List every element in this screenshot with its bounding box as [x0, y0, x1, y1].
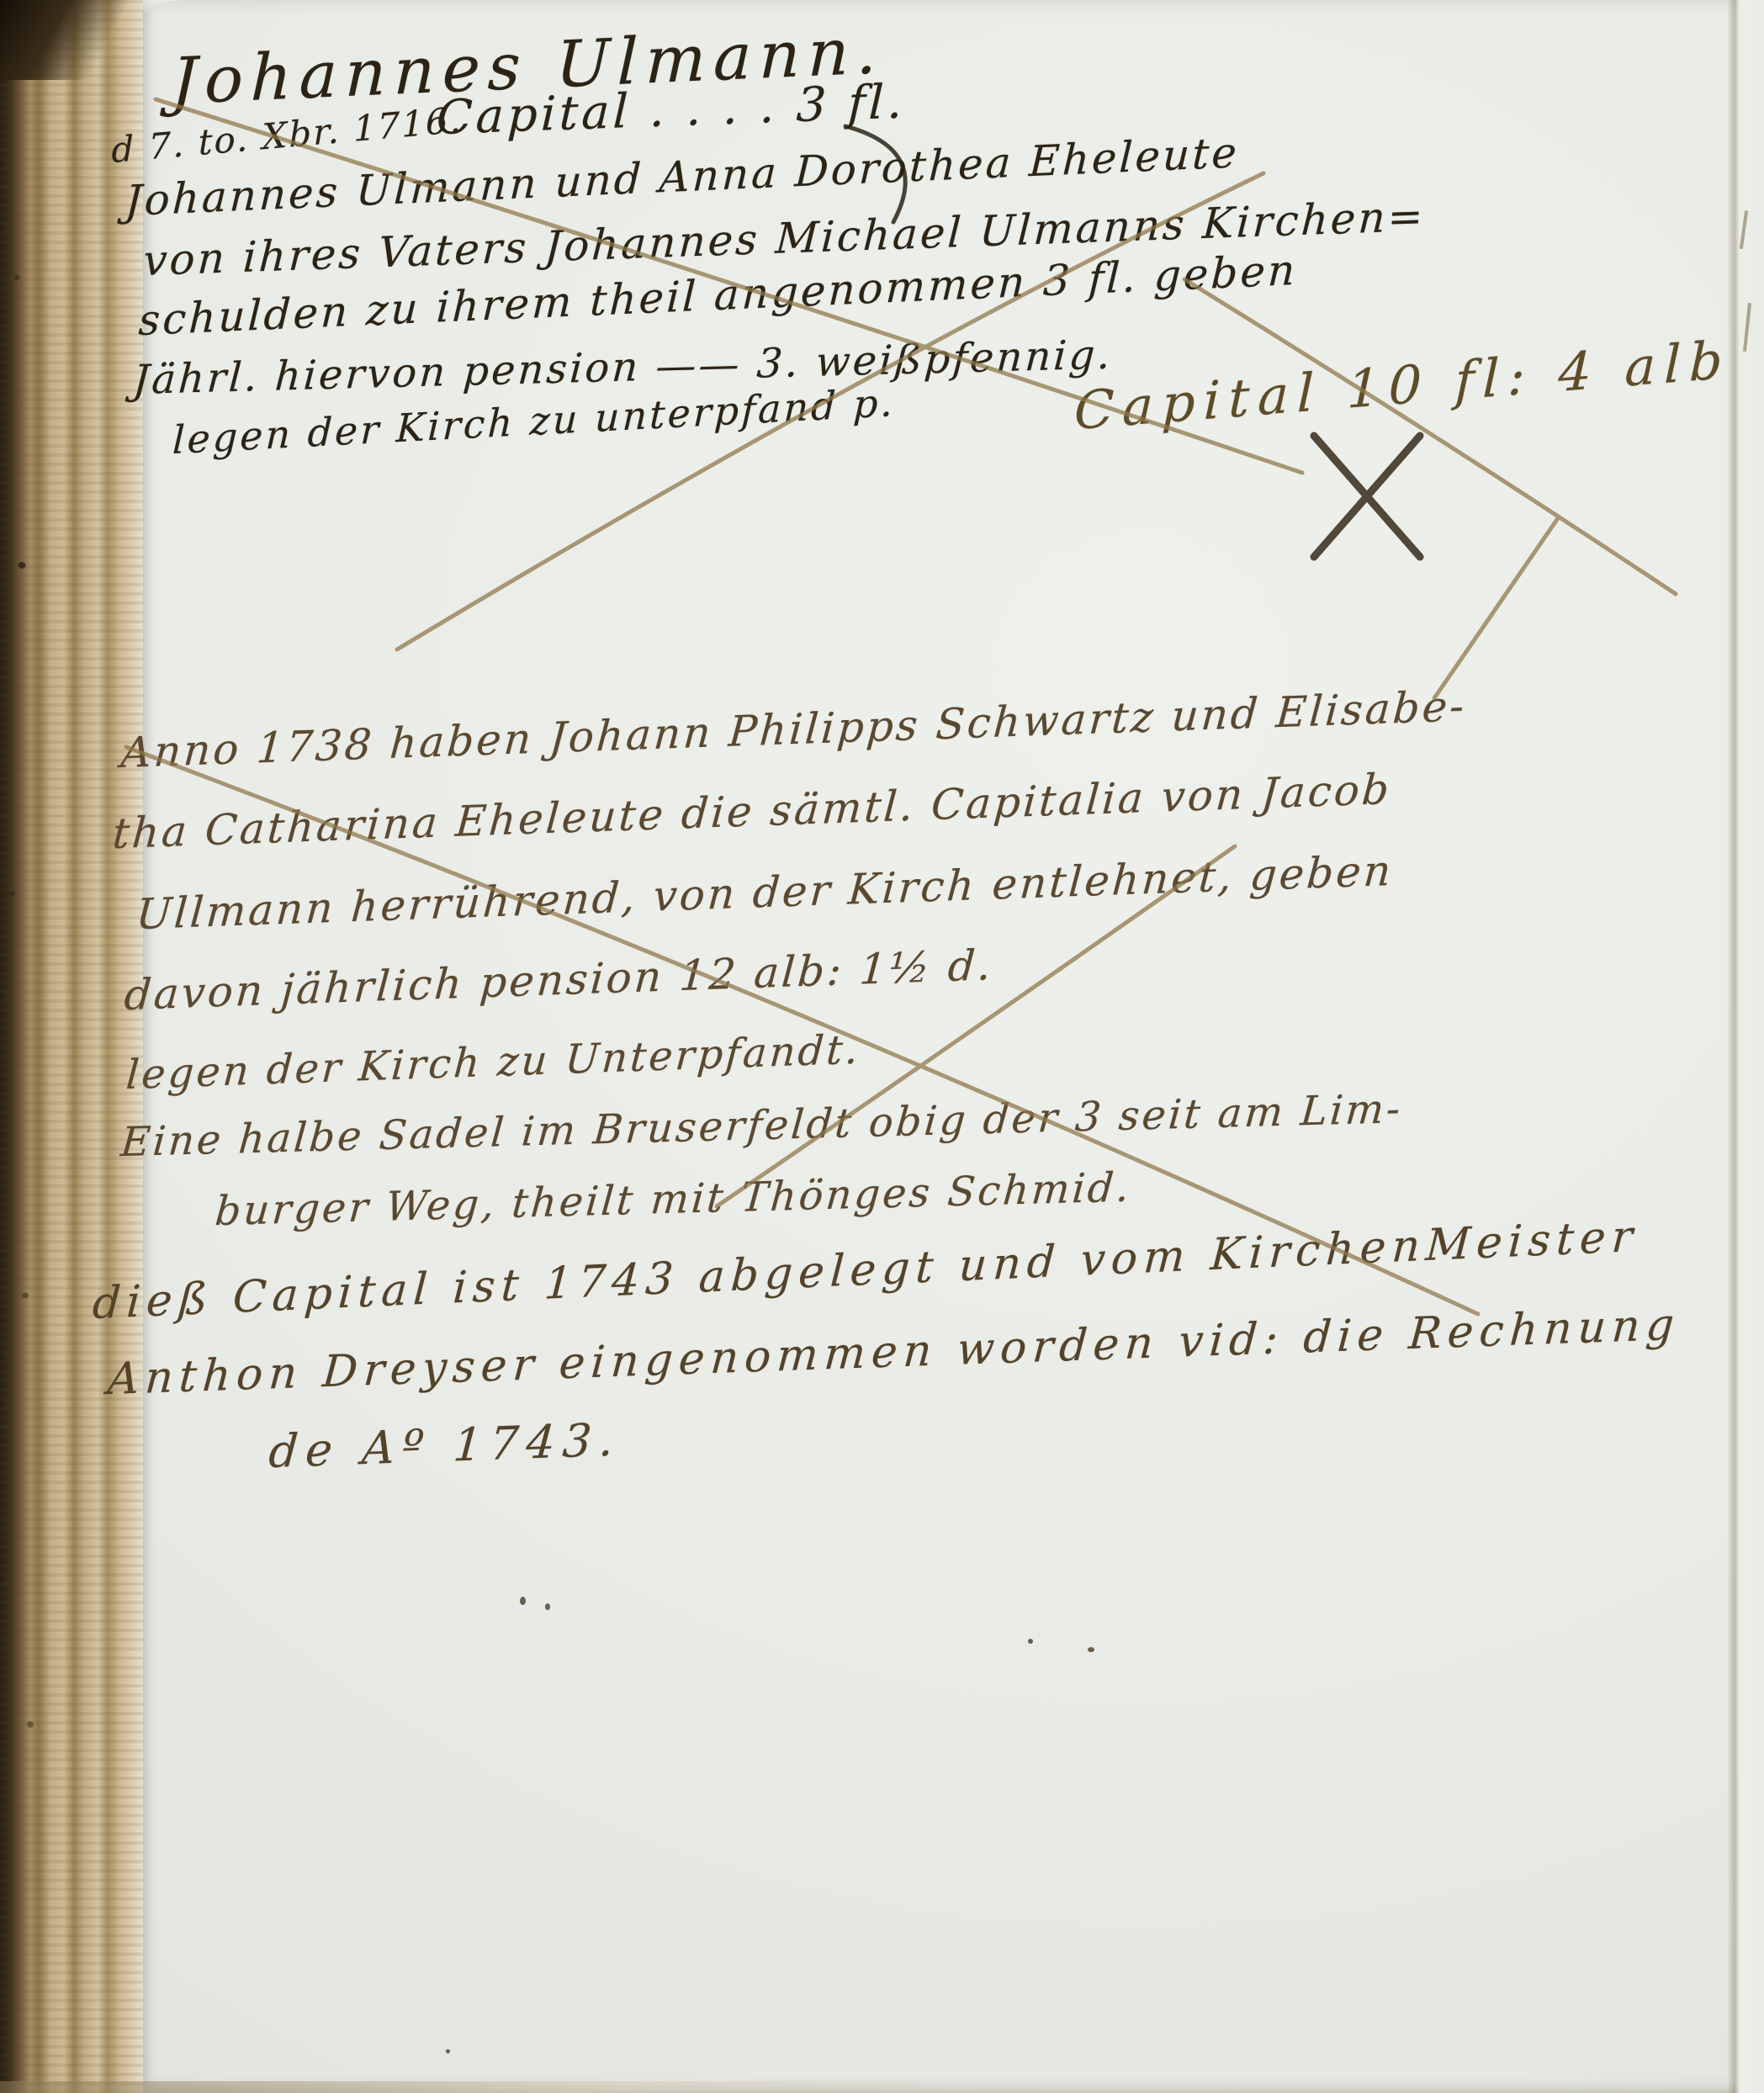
ink-speck — [545, 1603, 550, 1610]
ink-speck — [446, 2049, 450, 2053]
ink-speck — [1088, 1647, 1094, 1652]
ink-speck — [520, 1597, 526, 1605]
manuscript-page-scan: Johannes Ulmann. Capital . . . . 3 fl. d… — [0, 0, 1764, 2093]
book-binding-edge — [0, 0, 143, 2093]
binding-corner-shadow — [0, 0, 143, 80]
page-right-edge — [1727, 0, 1764, 2093]
page-bottom-edge — [0, 2081, 988, 2093]
ink-speck — [1028, 1639, 1033, 1644]
